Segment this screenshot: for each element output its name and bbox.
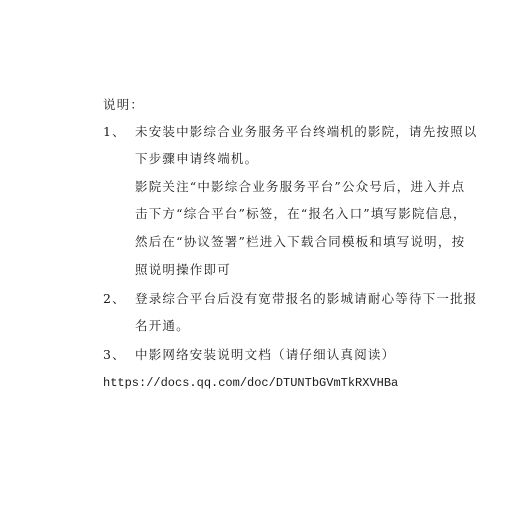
- doc-link[interactable]: https://docs.qq.com/doc/DTUNTbGVmTkRXVHB…: [103, 375, 398, 391]
- item-number: 1、: [103, 124, 126, 140]
- item-number: 2、: [103, 291, 126, 307]
- item-text: 照说明操作即可: [135, 262, 231, 278]
- item-text: 名开通。: [135, 318, 190, 334]
- item-text: 影院关注“中影综合业务服务平台”公众号后，进入并点: [135, 179, 465, 195]
- item-text: 登录综合平台后没有宽带报名的影城请耐心等待下一批报: [135, 291, 478, 307]
- document-page: 说明： 1、 未安装中影综合业务服务平台终端机的影院，请先按照以 下步骤申请终端…: [0, 0, 526, 529]
- heading: 说明：: [103, 97, 144, 113]
- item-text: 击下方“综合平台”标签，在“报名入口”填写影院信息，: [135, 206, 467, 222]
- item-text: 中影网络安装说明文档（请仔细认真阅读）: [135, 347, 395, 363]
- item-text: 未安装中影综合业务服务平台终端机的影院，请先按照以: [135, 124, 478, 140]
- item-text: 然后在“协议签署”栏进入下载合同模板和填写说明，按: [135, 234, 465, 250]
- item-text: 下步骤申请终端机。: [135, 151, 258, 167]
- item-number: 3、: [103, 347, 126, 363]
